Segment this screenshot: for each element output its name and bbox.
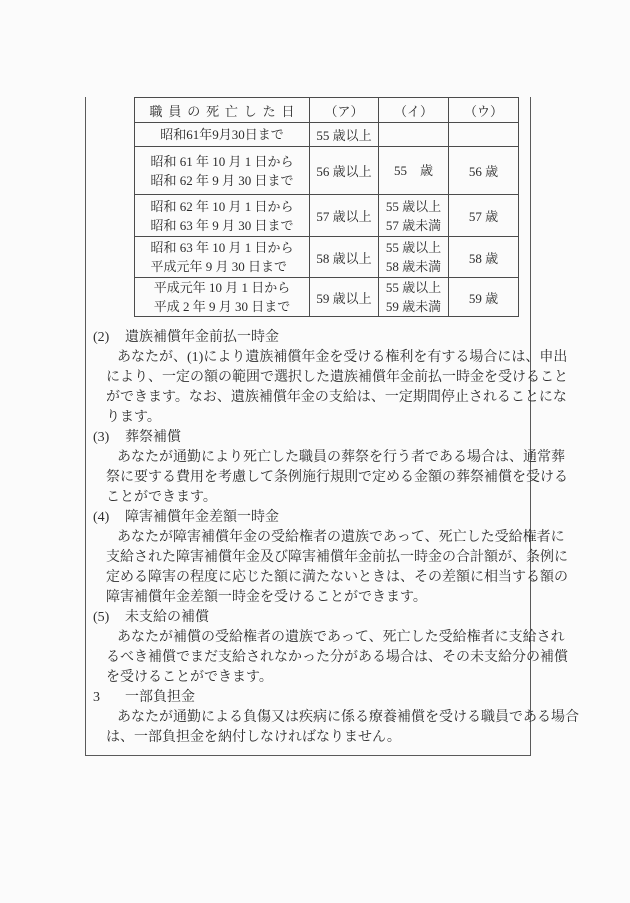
section-title: 未支給の補償: [125, 610, 209, 625]
cell-death-date: 昭和 63 年 10 月 1 日から平成元年 9 月 30 日まで: [135, 237, 310, 278]
section-number: (2): [93, 328, 109, 348]
section-heading: (5)未支給の補償: [86, 608, 530, 628]
cell-death-date: 平成元年 10 月 1 日から平成 2 年 9 月 30 日まで: [135, 278, 310, 317]
document-page: 職員の死亡した日 （ア） （イ） （ウ） 昭和61年9月30日まで55 歳以上昭…: [0, 0, 630, 903]
section-heading: (3)葬祭補償: [86, 428, 530, 448]
cell-a: 59 歳以上: [310, 278, 379, 317]
cell-c: 57 歳: [449, 195, 519, 237]
paragraph-line: 障害補償年金差額一時金を受けることができます。: [86, 588, 530, 608]
paragraph-line: 支給された障害補償年金及び障害補償年金前払一時金の合計額が、条例に: [86, 548, 530, 568]
paragraph-line: あなたが、(1)により遺族補償年金を受ける権利を有する場合には、申出: [86, 348, 530, 368]
cell-b: 55 歳以上57 歳未満: [379, 195, 449, 237]
cell-c: 59 歳: [449, 278, 519, 317]
section-number: (5): [93, 608, 109, 628]
section-title: 遺族補償年金前払一時金: [125, 330, 279, 345]
paragraph-line: ります。: [86, 408, 530, 428]
paragraph-line: ことができます。: [86, 488, 530, 508]
cell-a: 55 歳以上: [310, 123, 379, 147]
paragraph-line: は、一部負担金を納付しなければなりません。: [86, 728, 530, 748]
table-row: 平成元年 10 月 1 日から平成 2 年 9 月 30 日まで59 歳以上55…: [135, 278, 519, 317]
paragraph-line: 祭に要する費用を考慮して条例施行規則で定める金額の葬祭補償を受ける: [86, 468, 530, 488]
section-heading: (2)遺族補償年金前払一時金: [86, 328, 530, 348]
paragraph-line: るべき補償でまだ支給されなかった分がある場合は、その未支給分の補償: [86, 648, 530, 668]
table-row: 昭和61年9月30日まで55 歳以上: [135, 123, 519, 147]
paragraph-line: 定める障害の程度に応じた額に満たないときは、その差額に相当する額の: [86, 568, 530, 588]
paragraph-line: を受けることができます。: [86, 668, 530, 688]
paragraph-line: あなたが補償の受給権者の遺族であって、死亡した受給権者に支給され: [86, 628, 530, 648]
section-heading: (4)障害補償年金差額一時金: [86, 508, 530, 528]
table-row: 昭和 61 年 10 月 1 日から昭和 62 年 9 月 30 日まで56 歳…: [135, 147, 519, 195]
section-title: 一部負担金: [125, 690, 195, 705]
table-row: 昭和 62 年 10 月 1 日から昭和 63 年 9 月 30 日まで57 歳…: [135, 195, 519, 237]
section-number: (4): [93, 508, 109, 528]
col-header-death-date: 職員の死亡した日: [135, 98, 310, 123]
section-title: 葬祭補償: [125, 430, 181, 445]
content-frame: 職員の死亡した日 （ア） （イ） （ウ） 昭和61年9月30日まで55 歳以上昭…: [85, 97, 531, 756]
cell-b: 55 歳以上58 歳未満: [379, 237, 449, 278]
cell-c: 56 歳: [449, 147, 519, 195]
cell-c: 58 歳: [449, 237, 519, 278]
col-header-b: （イ）: [379, 98, 449, 123]
section-number: (3): [93, 428, 109, 448]
cell-a: 58 歳以上: [310, 237, 379, 278]
cell-c: [449, 123, 519, 147]
paragraph-line: あなたが通勤による負傷又は疾病に係る療養補償を受ける職員である場合: [86, 708, 530, 728]
section-heading: 3一部負担金: [86, 688, 530, 708]
death-date-age-table: 職員の死亡した日 （ア） （イ） （ウ） 昭和61年9月30日まで55 歳以上昭…: [134, 97, 519, 317]
paragraph-line: あなたが通勤により死亡した職員の葬祭を行う者である場合は、通常葬: [86, 448, 530, 468]
col-header-c: （ウ）: [449, 98, 519, 123]
section-number: 3: [93, 688, 100, 708]
cell-b: 55 歳以上59 歳未満: [379, 278, 449, 317]
paragraph-line: ができます。なお、遺族補償年金の支給は、一定期間停止されることにな: [86, 388, 530, 408]
cell-a: 57 歳以上: [310, 195, 379, 237]
paragraph-line: あなたが障害補償年金の受給権者の遺族であって、死亡した受給権者に: [86, 528, 530, 548]
col-header-a: （ア）: [310, 98, 379, 123]
sections: (2)遺族補償年金前払一時金あなたが、(1)により遺族補償年金を受ける権利を有す…: [86, 328, 530, 748]
cell-a: 56 歳以上: [310, 147, 379, 195]
table-header-row: 職員の死亡した日 （ア） （イ） （ウ）: [135, 98, 519, 123]
cell-death-date: 昭和61年9月30日まで: [135, 123, 310, 147]
section-title: 障害補償年金差額一時金: [125, 510, 279, 525]
cell-b: 55 歳: [379, 147, 449, 195]
paragraph-line: により、一定の額の範囲で選択した遺族補償年金前払一時金を受けること: [86, 368, 530, 388]
table-row: 昭和 63 年 10 月 1 日から平成元年 9 月 30 日まで58 歳以上5…: [135, 237, 519, 278]
cell-b: [379, 123, 449, 147]
cell-death-date: 昭和 62 年 10 月 1 日から昭和 63 年 9 月 30 日まで: [135, 195, 310, 237]
cell-death-date: 昭和 61 年 10 月 1 日から昭和 62 年 9 月 30 日まで: [135, 147, 310, 195]
